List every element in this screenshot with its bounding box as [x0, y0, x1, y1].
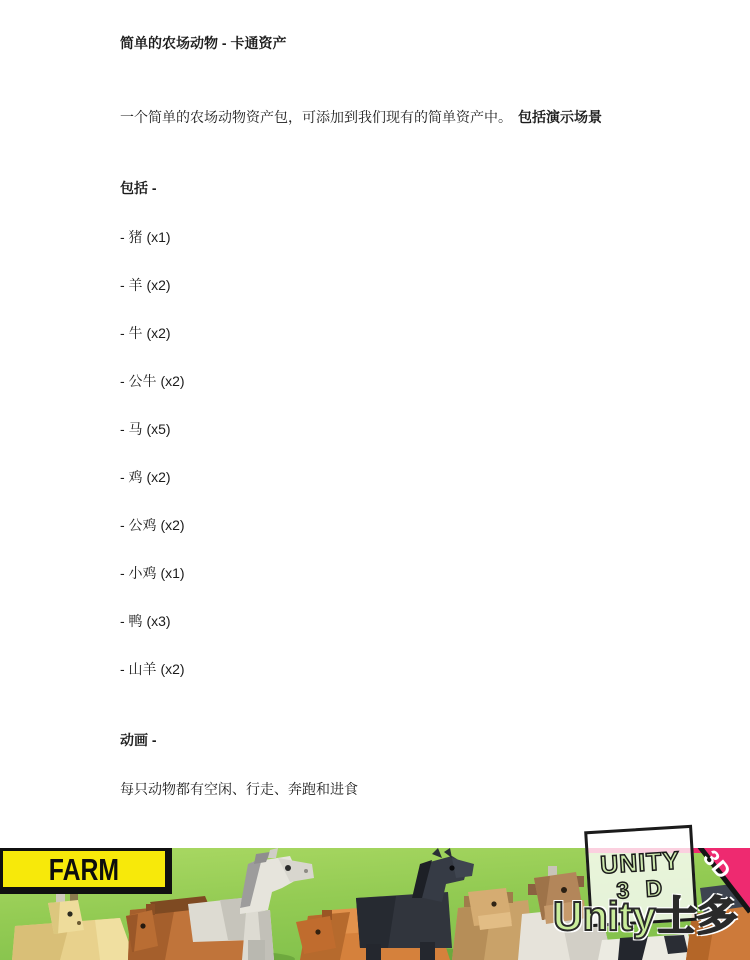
list-item-sheep: - 羊 (x2): [120, 275, 690, 295]
list-item-pig: - 猪 (x1): [120, 227, 690, 247]
farm-banner-label: FARM: [49, 854, 119, 885]
intro-paragraph: 一个简单的农场动物资产包，可添加到我们现有的简单资产中。包括演示场景: [120, 107, 690, 127]
list-item-cow: - 牛 (x2): [120, 323, 690, 343]
list-item-rooster: - 公鸡 (x2): [120, 515, 690, 535]
list-item-horse: - 马 (x5): [120, 419, 690, 439]
list-item-duck: - 鸭 (x3): [120, 611, 690, 631]
list-item-chick: - 小鸡 (x1): [120, 563, 690, 583]
list-item-bull: - 公牛 (x2): [120, 371, 690, 391]
unity-store-watermark: Unity士多: [553, 896, 738, 937]
hero-image: FARM 3D Unity士多 UNITY 3 D: [0, 848, 750, 960]
animation-heading: 动画 -: [120, 730, 690, 750]
product-description: 简单的农场动物 - 卡通资产 一个简单的农场动物资产包，可添加到我们现有的简单资…: [0, 0, 750, 799]
unity3d-logo-line1: UNITY: [600, 849, 681, 879]
lowpoly-goat-cream: [12, 892, 135, 960]
list-item-chicken: - 鸡 (x2): [120, 467, 690, 487]
farm-banner: FARM: [0, 848, 172, 894]
intro-bold-suffix: 包括演示场景: [518, 109, 602, 125]
animation-text: 每只动物都有空闲、行走、奔跑和进食: [120, 779, 690, 799]
page-title: 简单的农场动物 - 卡通资产: [120, 33, 690, 53]
list-item-goat: - 山羊 (x2): [120, 659, 690, 679]
intro-text: 一个简单的农场动物资产包，可添加到我们现有的简单资产中。: [120, 109, 512, 125]
includes-heading: 包括 -: [120, 178, 690, 198]
